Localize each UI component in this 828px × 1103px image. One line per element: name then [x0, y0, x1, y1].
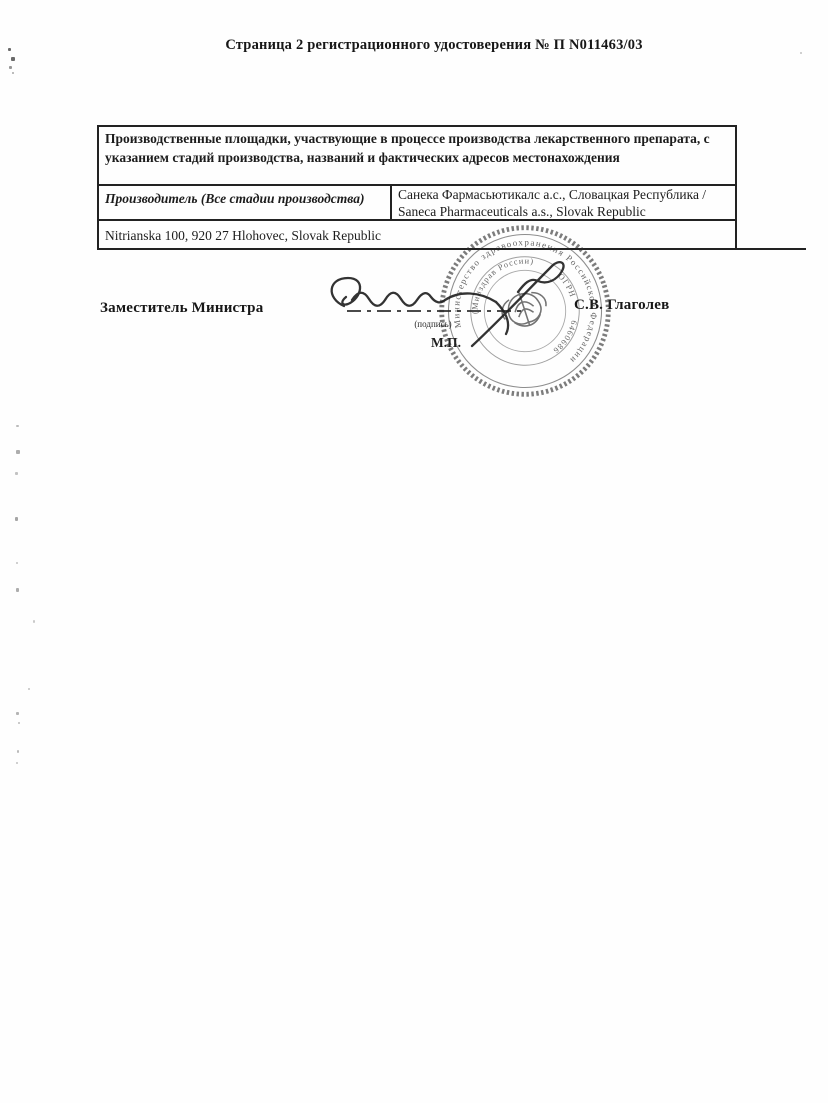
scan-speck — [28, 688, 30, 690]
scan-speck — [16, 588, 19, 592]
scan-speck — [33, 620, 35, 623]
page-title: Страница 2 регистрационного удостоверени… — [40, 37, 828, 54]
scan-speck — [16, 562, 18, 564]
scan-speck — [15, 472, 18, 475]
producer-label-cell: Производитель (Все стадии производства) — [99, 186, 392, 219]
table-title-cell: Производственные площадки, участвующие в… — [99, 127, 735, 186]
production-sites-table: Производственные площадки, участвующие в… — [97, 125, 737, 250]
scan-speck — [15, 517, 18, 521]
scanned-certificate-page: { "page": { "header": "Страница 2 регист… — [0, 0, 828, 1103]
signer-position-title: Заместитель Министра — [100, 300, 263, 317]
scan-speck — [18, 722, 20, 724]
producer-row: Производитель (Все стадии производства) … — [99, 186, 735, 221]
scan-speck — [8, 48, 11, 51]
scan-speck — [16, 762, 18, 764]
scan-speck — [16, 425, 19, 427]
producer-value-cell: Санека Фармасьютикалс а.с., Словацкая Ре… — [392, 186, 735, 219]
scan-speck — [17, 750, 19, 753]
scan-speck — [12, 72, 14, 74]
scan-speck — [11, 57, 15, 61]
handwritten-signature — [300, 240, 590, 370]
scan-speck — [800, 52, 802, 54]
scan-speck — [16, 712, 19, 715]
scan-speck — [9, 66, 12, 69]
scan-speck — [16, 450, 20, 454]
